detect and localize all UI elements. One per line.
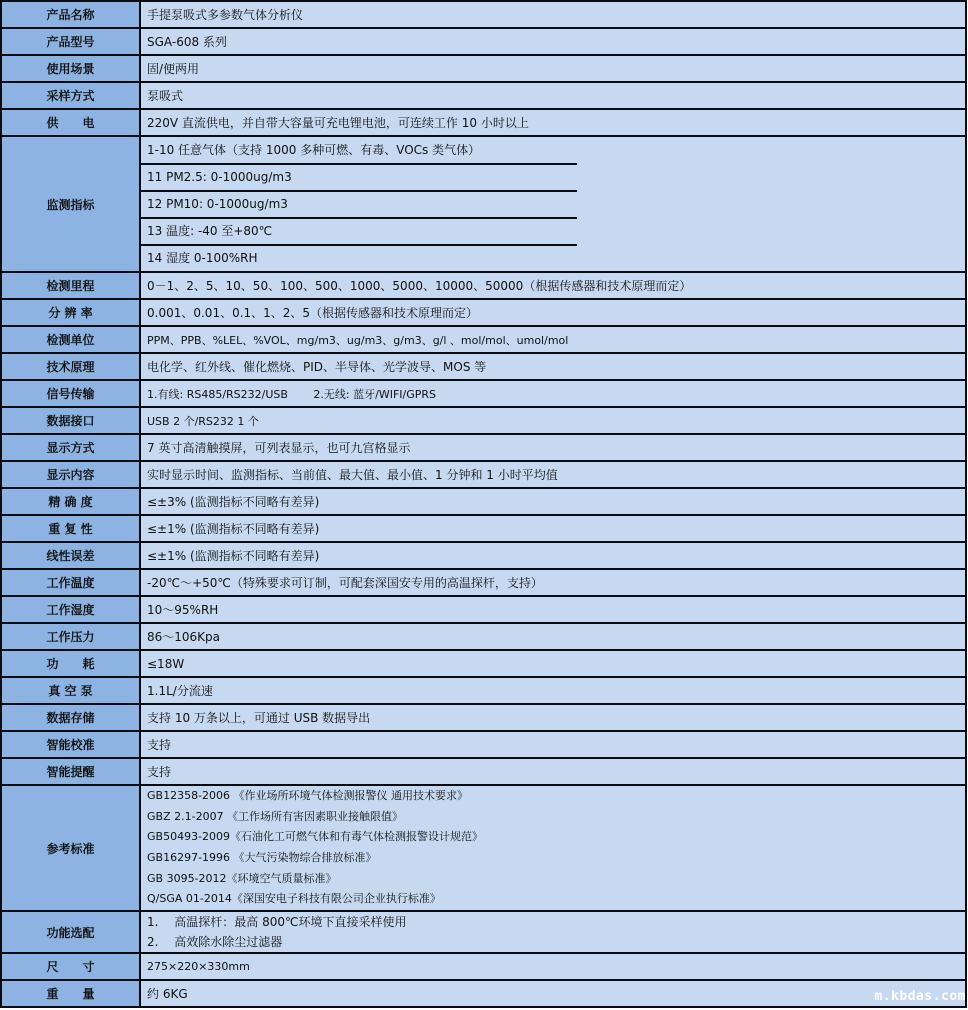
label-display-content: 显示内容: [1, 461, 140, 488]
row-work-humidity: 工作湿度 10～95%RH: [1, 596, 966, 623]
value-sampling: 泵吸式: [140, 82, 966, 109]
label-data-storage: 数据存储: [1, 704, 140, 731]
row-usage: 使用场景 固/便两用: [1, 55, 966, 82]
value-dimensions: 275×220×330mm: [140, 953, 966, 980]
monitoring-line: 13 温度: -40 至+80℃: [141, 219, 577, 246]
label-power-consumption: 功 耗: [1, 650, 140, 677]
row-accuracy: 精 确 度 ≤±3% (监测指标不同略有差异): [1, 488, 966, 515]
monitoring-line: 1-10 任意气体（支持 1000 多种可燃、有毒、VOCs 类气体）: [141, 138, 577, 165]
label-resolution: 分 辨 率: [1, 299, 140, 326]
label-work-humidity: 工作湿度: [1, 596, 140, 623]
monitoring-line: 11 PM2.5: 0-1000ug/m3: [141, 165, 577, 192]
option-item: 2. 高效除水除尘过滤器: [147, 932, 965, 952]
value-standards: GB12358-2006 《作业场所环境气体检测报警仪 通用技术要求》 GBZ …: [140, 785, 966, 911]
row-signal: 信号传输 1.有线: RS485/RS232/USB 2.无线: 蓝牙/WIFI…: [1, 380, 966, 407]
row-monitoring: 监测指标 1-10 任意气体（支持 1000 多种可燃、有毒、VOCs 类气体）…: [1, 136, 966, 272]
monitoring-line: 14 湿度 0-100%RH: [141, 246, 577, 271]
value-accuracy: ≤±3% (监测指标不同略有差异): [140, 488, 966, 515]
label-usage: 使用场景: [1, 55, 140, 82]
row-power-supply: 供 电 220V 直流供电，并自带大容量可充电锂电池，可连续工作 10 小时以上: [1, 109, 966, 136]
row-dimensions: 尺 寸 275×220×330mm: [1, 953, 966, 980]
standard-item: GB16297-1996 《大气污染物综合排放标准》: [147, 848, 965, 869]
value-principle: 电化学、红外线、催化燃烧、PID、半导体、光学波导、MOS 等: [140, 353, 966, 380]
label-vacuum-pump: 真 空 泵: [1, 677, 140, 704]
value-display-content: 实时显示时间、监测指标、当前值、最大值、最小值、1 分钟和 1 小时平均值: [140, 461, 966, 488]
label-monitoring: 监测指标: [1, 136, 140, 272]
option-item: 1. 高温探杆：最高 800℃环境下直接采样使用: [147, 912, 965, 932]
value-display-mode: 7 英寸高清触摸屏，可列表显示，也可九宫格显示: [140, 434, 966, 461]
watermark: m.kbdas.com: [874, 989, 966, 1004]
label-units: 检测单位: [1, 326, 140, 353]
row-product-name: 产品名称 手提泵吸式多参数气体分析仪: [1, 1, 966, 28]
value-model: SGA-608 系列: [140, 28, 966, 55]
standard-item: GB 3095-2012《环境空气质量标准》: [147, 869, 965, 890]
label-dimensions: 尺 寸: [1, 953, 140, 980]
value-monitoring: 1-10 任意气体（支持 1000 多种可燃、有毒、VOCs 类气体） 11 P…: [140, 136, 966, 272]
value-work-pressure: 86～106Kpa: [140, 623, 966, 650]
label-weight: 重 量: [1, 980, 140, 1007]
standard-item: GB50493-2009《石油化工可燃气体和有毒气体检测报警设计规范》: [147, 827, 965, 848]
row-smart-calibration: 智能校准 支持: [1, 731, 966, 758]
value-weight: 约 6KG: [140, 980, 966, 1007]
row-display-content: 显示内容 实时显示时间、监测指标、当前值、最大值、最小值、1 分钟和 1 小时平…: [1, 461, 966, 488]
row-units: 检测单位 PPM、PPB、%LEL、%VOL、mg/m3、ug/m3、g/m3、…: [1, 326, 966, 353]
label-work-pressure: 工作压力: [1, 623, 140, 650]
label-standards: 参考标准: [1, 785, 140, 911]
label-power-supply: 供 电: [1, 109, 140, 136]
row-resolution: 分 辨 率 0.001、0.01、0.1、1、2、5（根据传感器和技术原理而定）: [1, 299, 966, 326]
row-data-storage: 数据存储 支持 10 万条以上，可通过 USB 数据导出: [1, 704, 966, 731]
row-sampling: 采样方式 泵吸式: [1, 82, 966, 109]
row-repeatability: 重 复 性 ≤±1% (监测指标不同略有差异): [1, 515, 966, 542]
value-smart-reminder: 支持: [140, 758, 966, 785]
value-linearity: ≤±1% (监测指标不同略有差异): [140, 542, 966, 569]
standard-item: Q/SGA 01-2014《深国安电子科技有限公司企业执行标准》: [147, 889, 965, 910]
value-interface: USB 2 个/RS232 1 个: [140, 407, 966, 434]
row-linearity: 线性误差 ≤±1% (监测指标不同略有差异): [1, 542, 966, 569]
row-principle: 技术原理 电化学、红外线、催化燃烧、PID、半导体、光学波导、MOS 等: [1, 353, 966, 380]
monitoring-line: 12 PM10: 0-1000ug/m3: [141, 192, 577, 219]
label-sampling: 采样方式: [1, 82, 140, 109]
value-repeatability: ≤±1% (监测指标不同略有差异): [140, 515, 966, 542]
label-smart-calibration: 智能校准: [1, 731, 140, 758]
label-model: 产品型号: [1, 28, 140, 55]
label-options: 功能选配: [1, 911, 140, 953]
label-accuracy: 精 确 度: [1, 488, 140, 515]
value-resolution: 0.001、0.01、0.1、1、2、5（根据传感器和技术原理而定）: [140, 299, 966, 326]
label-smart-reminder: 智能提醒: [1, 758, 140, 785]
standard-item: GB12358-2006 《作业场所环境气体检测报警仪 通用技术要求》: [147, 786, 965, 807]
row-interface: 数据接口 USB 2 个/RS232 1 个: [1, 407, 966, 434]
value-options: 1. 高温探杆：最高 800℃环境下直接采样使用 2. 高效除水除尘过滤器: [140, 911, 966, 953]
row-power-consumption: 功 耗 ≤18W: [1, 650, 966, 677]
value-signal: 1.有线: RS485/RS232/USB 2.无线: 蓝牙/WIFI/GPRS: [140, 380, 966, 407]
label-product-name: 产品名称: [1, 1, 140, 28]
label-range: 检测里程: [1, 272, 140, 299]
label-principle: 技术原理: [1, 353, 140, 380]
value-data-storage: 支持 10 万条以上，可通过 USB 数据导出: [140, 704, 966, 731]
row-range: 检测里程 0－1、2、5、10、50、100、500、1000、5000、100…: [1, 272, 966, 299]
label-signal: 信号传输: [1, 380, 140, 407]
label-work-temp: 工作温度: [1, 569, 140, 596]
value-power-supply: 220V 直流供电，并自带大容量可充电锂电池，可连续工作 10 小时以上: [140, 109, 966, 136]
label-display-mode: 显示方式: [1, 434, 140, 461]
value-work-temp: -20℃～+50℃（特殊要求可订制，可配套深国安专用的高温探杆，支持）: [140, 569, 966, 596]
row-weight: 重 量 约 6KG: [1, 980, 966, 1007]
row-smart-reminder: 智能提醒 支持: [1, 758, 966, 785]
row-model: 产品型号 SGA-608 系列: [1, 28, 966, 55]
row-work-pressure: 工作压力 86～106Kpa: [1, 623, 966, 650]
row-display-mode: 显示方式 7 英寸高清触摸屏，可列表显示，也可九宫格显示: [1, 434, 966, 461]
value-usage: 固/便两用: [140, 55, 966, 82]
row-standards: 参考标准 GB12358-2006 《作业场所环境气体检测报警仪 通用技术要求》…: [1, 785, 966, 911]
row-options: 功能选配 1. 高温探杆：最高 800℃环境下直接采样使用 2. 高效除水除尘过…: [1, 911, 966, 953]
value-vacuum-pump: 1.1L/分流速: [140, 677, 966, 704]
spec-table: 产品名称 手提泵吸式多参数气体分析仪 产品型号 SGA-608 系列 使用场景 …: [0, 0, 967, 1008]
value-work-humidity: 10～95%RH: [140, 596, 966, 623]
label-repeatability: 重 复 性: [1, 515, 140, 542]
row-vacuum-pump: 真 空 泵 1.1L/分流速: [1, 677, 966, 704]
value-power-consumption: ≤18W: [140, 650, 966, 677]
standard-item: GBZ 2.1-2007 《工作场所有害因素职业接触限值》: [147, 807, 965, 828]
value-smart-calibration: 支持: [140, 731, 966, 758]
value-range: 0－1、2、5、10、50、100、500、1000、5000、10000、50…: [140, 272, 966, 299]
label-interface: 数据接口: [1, 407, 140, 434]
label-linearity: 线性误差: [1, 542, 140, 569]
value-product-name: 手提泵吸式多参数气体分析仪: [140, 1, 966, 28]
row-work-temp: 工作温度 -20℃～+50℃（特殊要求可订制，可配套深国安专用的高温探杆，支持）: [1, 569, 966, 596]
value-units: PPM、PPB、%LEL、%VOL、mg/m3、ug/m3、g/m3、g/l 、…: [140, 326, 966, 353]
